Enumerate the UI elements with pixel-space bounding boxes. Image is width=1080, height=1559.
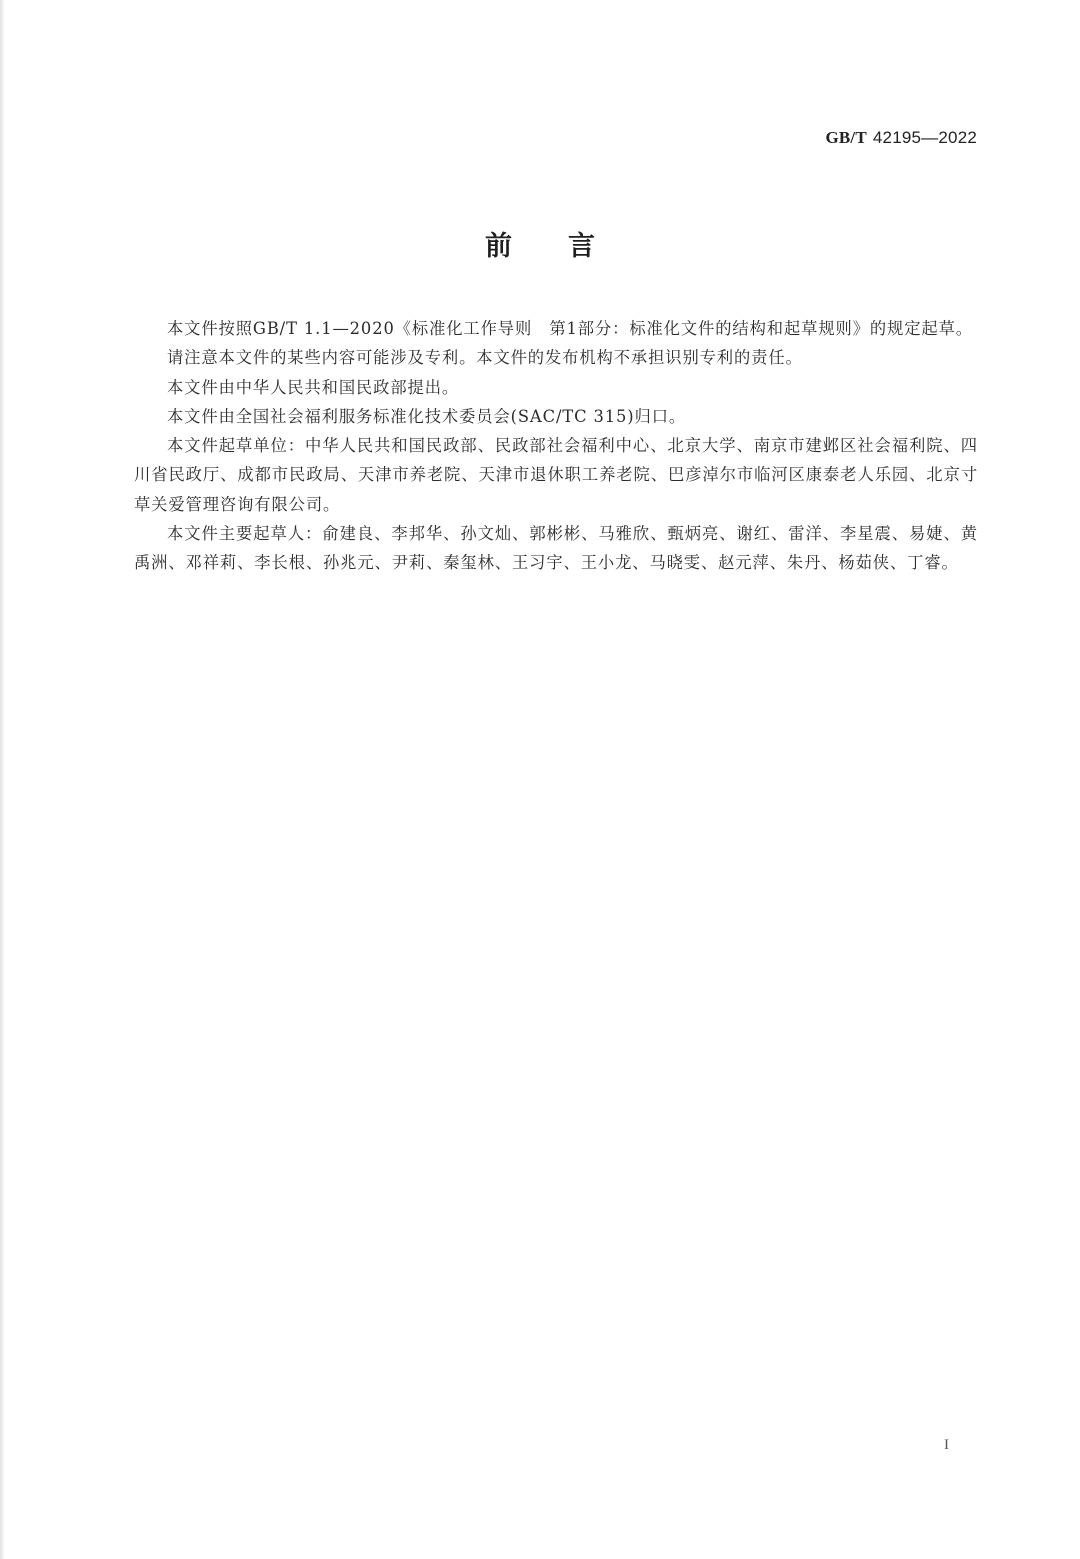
paragraph-drafting-rules: 本文件按照GB/T 1.1—2020《标准化工作导则 第1部分：标准化文件的结构… bbox=[134, 314, 978, 343]
page-number: I bbox=[944, 1437, 949, 1454]
foreword-body: 本文件按照GB/T 1.1—2020《标准化工作导则 第1部分：标准化文件的结构… bbox=[134, 314, 978, 578]
paragraph-committee: 本文件由全国社会福利服务标准化技术委员会(SAC/TC 315)归口。 bbox=[134, 402, 978, 431]
title-char-2: 言 bbox=[568, 224, 595, 263]
paragraph-drafting-units: 本文件起草单位：中华人民共和国民政部、民政部社会福利中心、北京大学、南京市建邺区… bbox=[134, 431, 978, 519]
standard-number: GB/T42195—2022 bbox=[825, 128, 977, 148]
paragraph-proposer: 本文件由中华人民共和国民政部提出。 bbox=[134, 373, 978, 402]
standard-prefix: GB/T bbox=[825, 128, 866, 147]
page-title: 前言 bbox=[0, 224, 1080, 263]
standard-code: 42195—2022 bbox=[873, 128, 977, 147]
paragraph-patent-notice: 请注意本文件的某些内容可能涉及专利。本文件的发布机构不承担识别专利的责任。 bbox=[134, 343, 978, 372]
paragraph-drafters: 本文件主要起草人：俞建良、李邦华、孙文灿、郭彬彬、马雅欣、甄炳亮、谢红、雷洋、李… bbox=[134, 519, 978, 578]
title-char-1: 前 bbox=[485, 224, 512, 263]
